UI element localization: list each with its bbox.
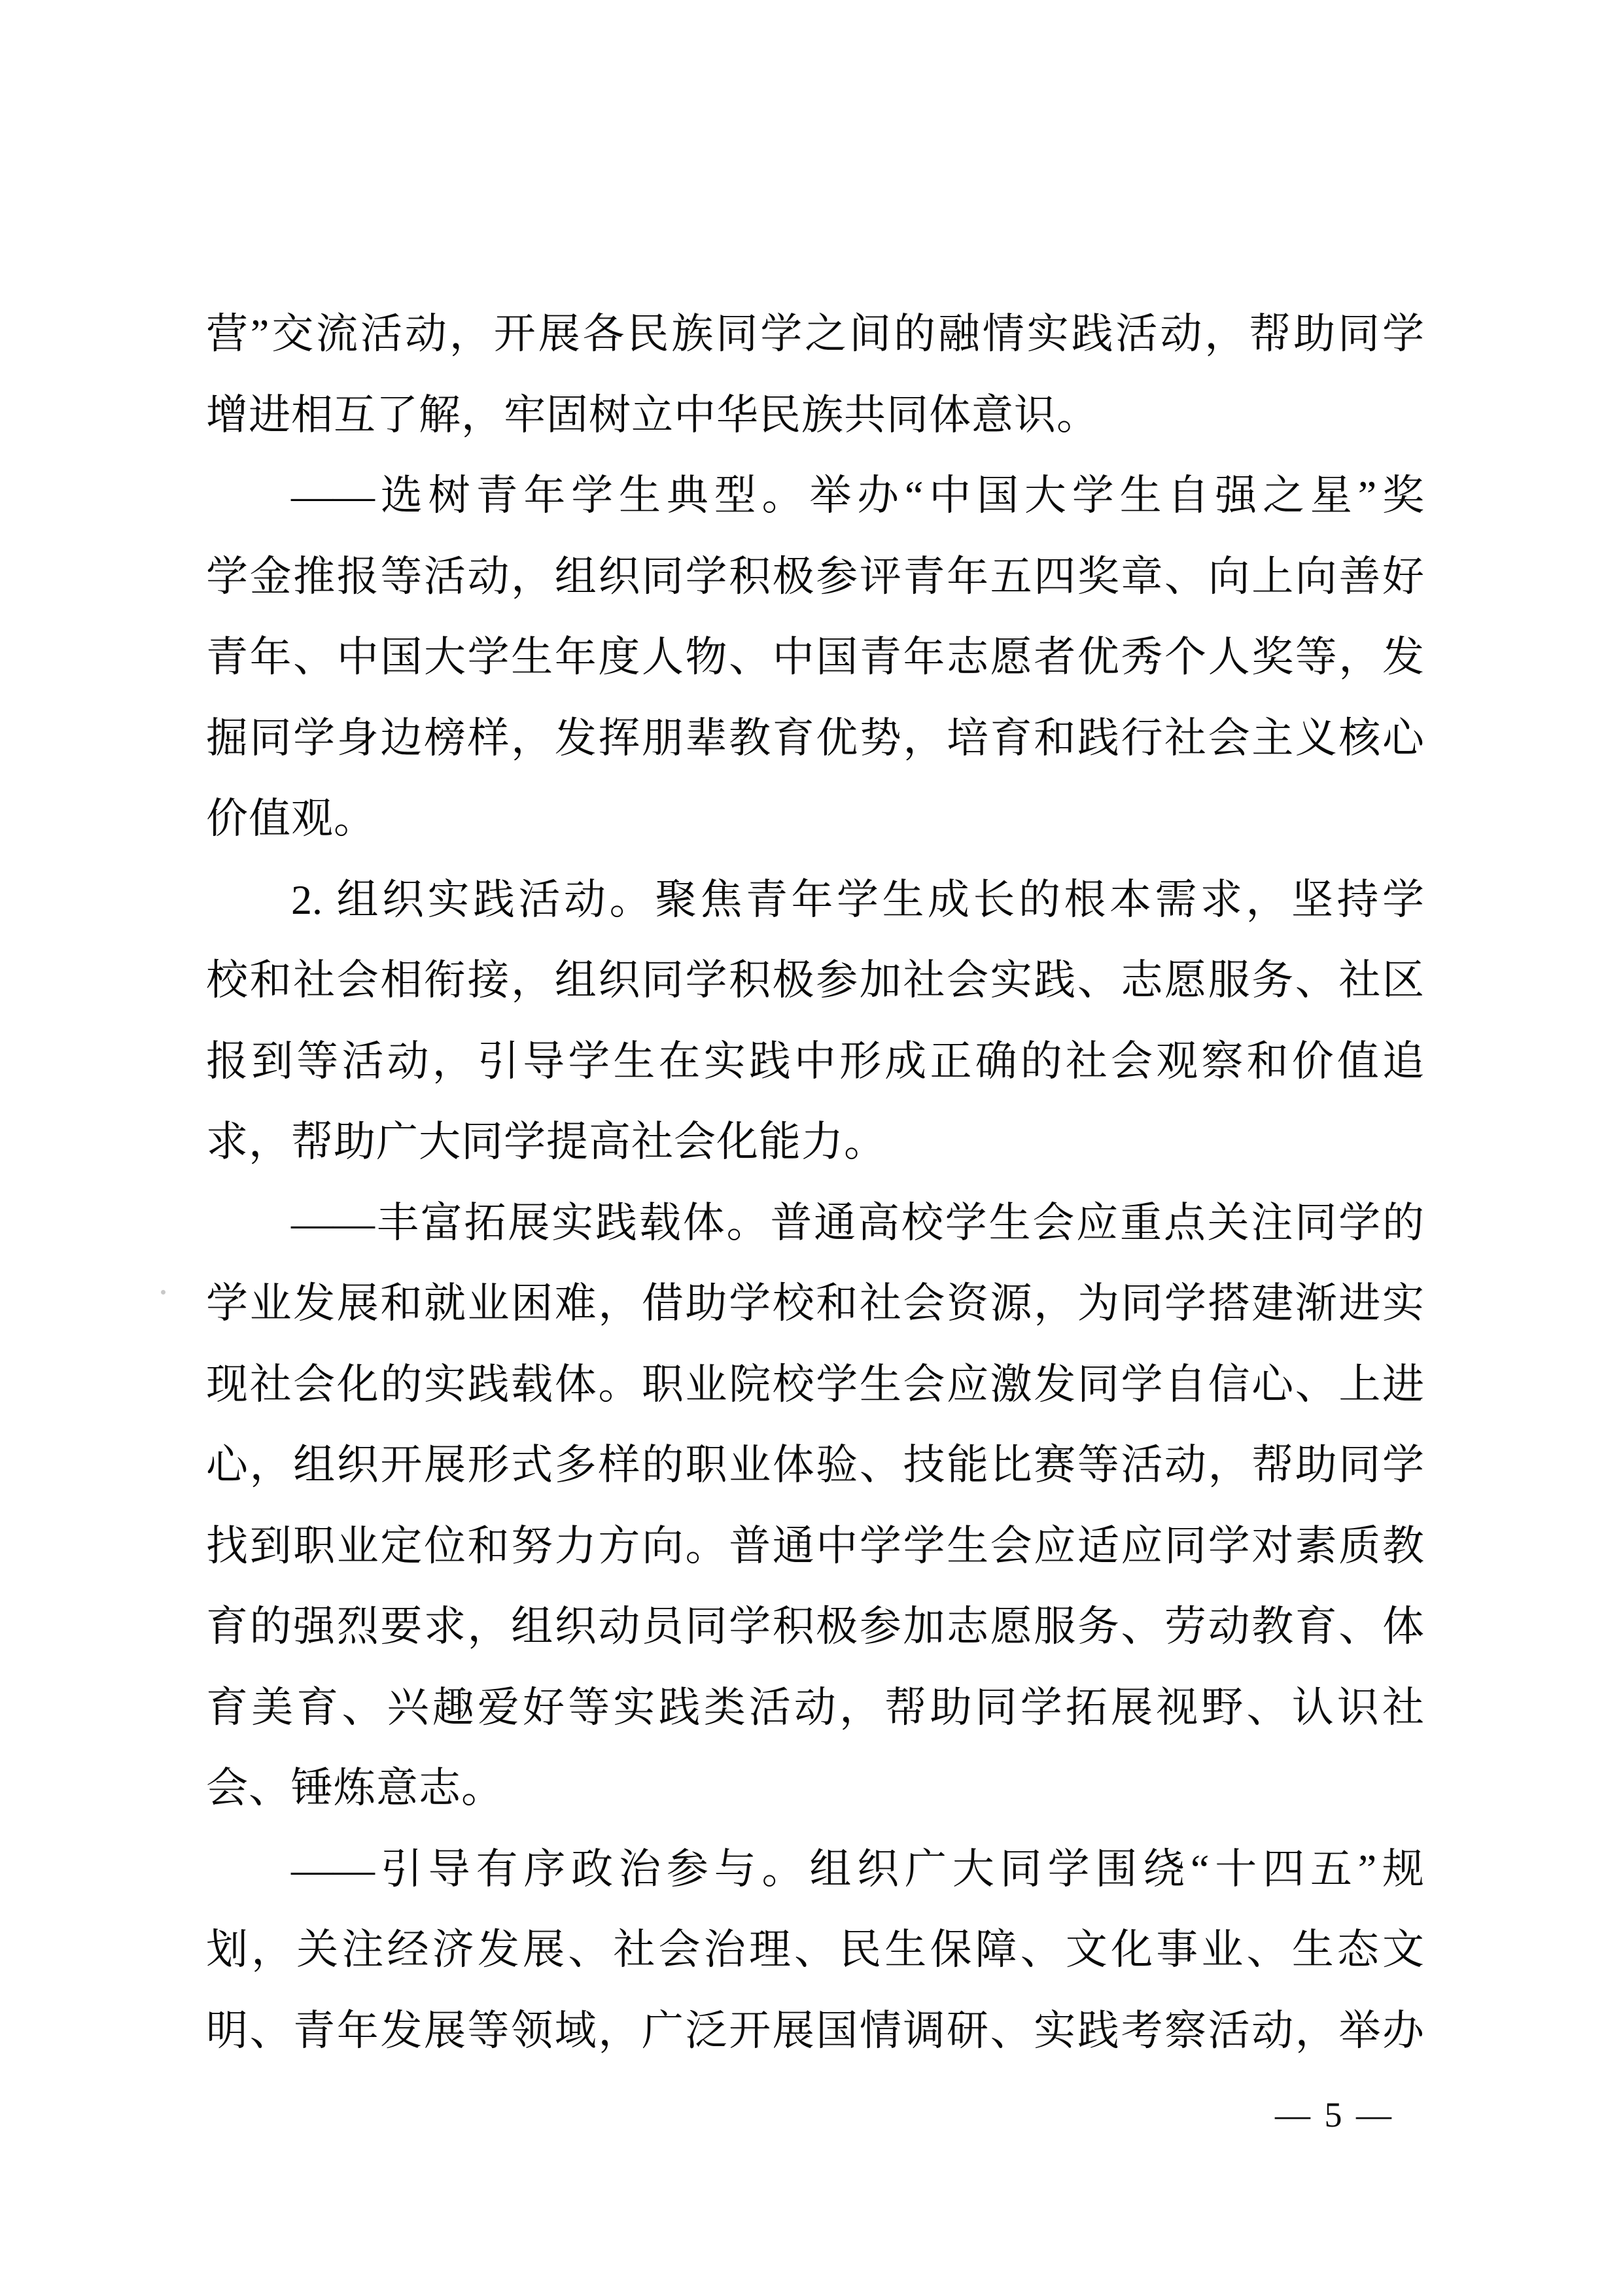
- text-line: 找到职业定位和努力方向。普通中学学生会应适应同学对素质教: [206, 1506, 1424, 1587]
- text-line: 价值观。: [206, 778, 1424, 860]
- text-line: 育的强烈要求，组织动员同学积极参加志愿服务、劳动教育、体: [206, 1586, 1424, 1667]
- text-line: 明、青年发展等领域，广泛开展国情调研、实践考察活动，举办: [206, 1991, 1424, 2072]
- text-line: ——选树青年学生典型。举办“中国大学生自强之星”奖: [206, 455, 1424, 536]
- text-line: 育美育、兴趣爱好等实践类活动，帮助同学拓展视野、认识社: [206, 1667, 1424, 1748]
- text-line: 现社会化的实践载体。职业院校学生会应激发同学自信心、上进: [206, 1344, 1424, 1425]
- document-body: 营”交流活动，开展各民族同学之间的融情实践活动，帮助同学 增进相互了解，牢固树立…: [206, 294, 1424, 2071]
- text-line: 学金推报等活动，组织同学积极参评青年五四奖章、向上向善好: [206, 536, 1424, 617]
- text-line: 学业发展和就业困难，借助学校和社会资源，为同学搭建渐进实: [206, 1263, 1424, 1344]
- text-line: 增进相互了解，牢固树立中华民族共同体意识。: [206, 375, 1424, 456]
- page-number: — 5 —: [1275, 2097, 1394, 2132]
- text-line: 划，关注经济发展、社会治理、民生保障、文化事业、生态文: [206, 1909, 1424, 1991]
- document-page: 营”交流活动，开展各民族同学之间的融情实践活动，帮助同学 增进相互了解，牢固树立…: [0, 0, 1623, 2296]
- text-line: 校和社会相衔接，组织同学积极参加社会实践、志愿服务、社区: [206, 940, 1424, 1021]
- text-line: 2. 组织实践活动。聚焦青年学生成长的根本需求，坚持学: [206, 860, 1424, 941]
- text-line: ——丰富拓展实践载体。普通高校学生会应重点关注同学的: [206, 1183, 1424, 1264]
- text-line: 青年、中国大学生年度人物、中国青年志愿者优秀个人奖等，发: [206, 617, 1424, 698]
- text-line: ——引导有序政治参与。组织广大同学围绕“十四五”规: [206, 1829, 1424, 1910]
- text-line: 求，帮助广大同学提高社会化能力。: [206, 1102, 1424, 1183]
- scan-speck: [161, 1290, 166, 1295]
- text-line: 营”交流活动，开展各民族同学之间的融情实践活动，帮助同学: [206, 294, 1424, 375]
- text-line: 会、锤炼意志。: [206, 1748, 1424, 1829]
- text-line: 心，组织开展形式多样的职业体验、技能比赛等活动，帮助同学: [206, 1425, 1424, 1506]
- text-line: 掘同学身边榜样，发挥朋辈教育优势，培育和践行社会主义核心: [206, 698, 1424, 779]
- text-line: 报到等活动，引导学生在实践中形成正确的社会观察和价值追: [206, 1021, 1424, 1102]
